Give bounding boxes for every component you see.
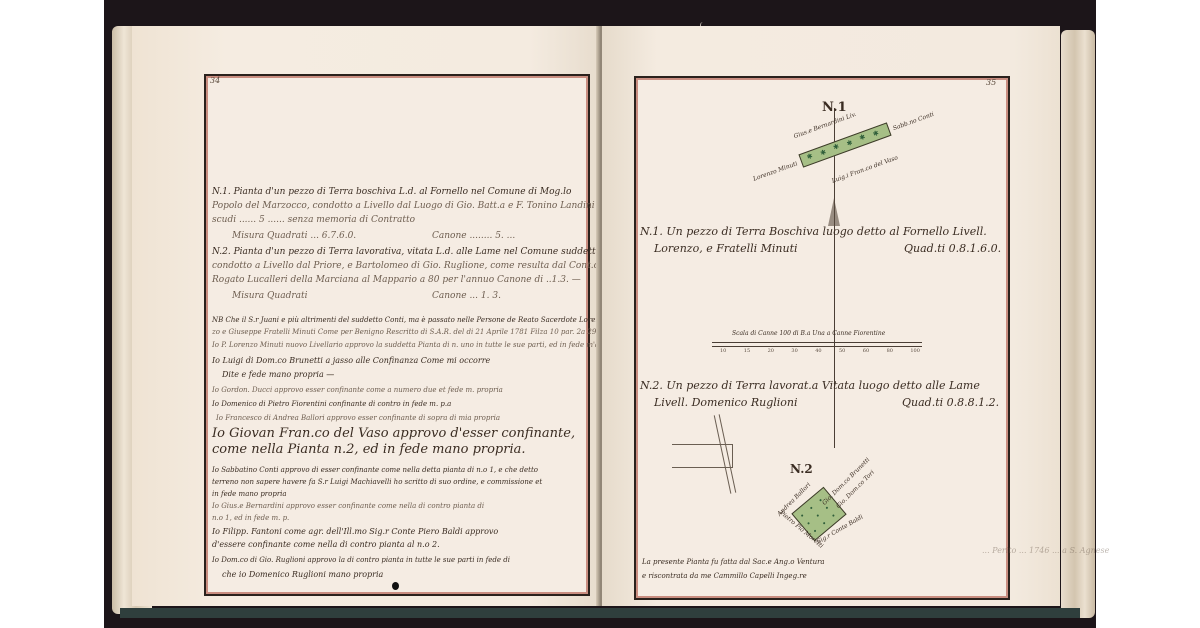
scale-tick: 20 [768, 348, 774, 354]
scale-tick: 60 [863, 348, 869, 354]
entry-n2-canone: Canone ... 1. 3. [432, 290, 501, 303]
right-page-edges [1061, 30, 1095, 618]
entry2-quadrati: Quad.ti 0.8.8.1.2. [902, 395, 999, 410]
scale-ticks: 10 15 20 30 40 50 60 80 100 [720, 348, 920, 354]
signature-4: Io Giovan Fran.co del Vaso approvo d'ess… [212, 426, 582, 458]
scale-tick: 10 [720, 348, 726, 354]
compass-north-line [834, 108, 835, 448]
nota-bene-line2: zo e Giuseppe Fratelli Minuti Come per B… [212, 326, 596, 339]
entry-n1-canone: Canone ........ 5. ... [432, 230, 515, 243]
entry1-quadrati: Quad.ti 0.8.1.6.0. [904, 241, 1001, 256]
signature-2: Io Domenico di Pietro Fiorentini confina… [212, 398, 451, 411]
nota-bene-line4: Io Luigi di Dom.co Brunetti a jasso alle… [212, 354, 490, 367]
scale-tick: 100 [910, 348, 920, 354]
plot2-label: N.2 [790, 462, 813, 476]
left-page-number: 34 [210, 76, 220, 85]
entry2-line1: N.2. Un pezzo di Terra lavorat.a Vitata … [640, 378, 980, 393]
entry-n2-line3: Rogato Lucalleri della Marciana al Mappa… [212, 274, 581, 287]
ink-blot [392, 582, 399, 590]
scale-tick: 15 [744, 348, 750, 354]
entry-n1-line2: Popolo del Marzocco, condotto a Livello … [212, 200, 606, 213]
signature-10: Io Filipp. Fantoni come agr. dell'Ill.mo… [212, 525, 498, 538]
signature-3: Io Francesco di Andrea Ballori approvo e… [216, 412, 500, 425]
entry2-name: Livell. Domenico Ruglioni [654, 395, 798, 410]
entry-n1-line1: N.1. Pianta d'un pezzo di Terra boschiva… [212, 186, 571, 199]
signature-1: Io Gordon. Ducci approvo esser confinant… [212, 384, 503, 397]
plot1-label: N.1 [822, 100, 847, 115]
building-outline [672, 444, 733, 468]
compass-arrow-icon [828, 198, 840, 226]
right-page-number: 35 [986, 78, 996, 87]
entry-n1-measure: Misura Quadrati ... 6.7.6.0. [232, 230, 356, 243]
margin-note: ... Perito ... 1746 ... a S. Agnese [982, 546, 1109, 555]
scale-label: Scala di Canne 100 di B.a Una a Canne Fi… [732, 330, 885, 337]
signature-11: d'essere confinante come nella di contro… [212, 538, 440, 551]
entry1-name: Lorenzo, e Fratelli Minuti [654, 241, 798, 256]
entry-n2-line2: condotto a Livello dal Priore, e Bartolo… [212, 260, 599, 273]
entry-n2-line1: N.2. Pianta d'un pezzo di Terra lavorati… [212, 246, 601, 259]
scale-bar [712, 342, 922, 347]
entry-n2-measure: Misura Quadrati [232, 290, 308, 303]
scale-tick: 50 [839, 348, 845, 354]
footer-note-line1: La presente Pianta fu fatta dal Sac.e An… [642, 558, 825, 566]
entry-n1-line3: scudi ...... 5 ...... senza memoria di C… [212, 214, 415, 227]
entry1-line1: N.1. Un pezzo di Terra Boschiva luogo de… [640, 224, 987, 239]
right-page: 35 N.1 ✱✱✱✱✱✱ Gius.e Bernardini Liv. Sab… [602, 26, 1060, 606]
left-page: 34 N.1. Pianta d'un pezzo di Terra bosch… [132, 26, 600, 606]
scale-tick: 80 [887, 348, 893, 354]
book-cover-edge [120, 608, 1080, 618]
signature-13: che io Domenico Ruglioni mano propria [222, 568, 383, 581]
footer-note-line2: e riscontrata da me Cammillo Capelli Ing… [642, 572, 807, 580]
open-book: 34 N.1. Pianta d'un pezzo di Terra bosch… [110, 22, 1095, 622]
nota-bene-line3: Io P. Lorenzo Minuti nuovo Livellario ap… [212, 339, 622, 352]
nota-bene-line5: Dite e fede mano propria — [222, 368, 334, 381]
signature-9: n.o 1, ed in fede m. p. [212, 512, 289, 525]
scale-tick: 40 [815, 348, 821, 354]
signature-12: Io Dom.co di Gio. Ruglioni approvo la di… [212, 554, 510, 567]
scale-tick: 30 [791, 348, 797, 354]
